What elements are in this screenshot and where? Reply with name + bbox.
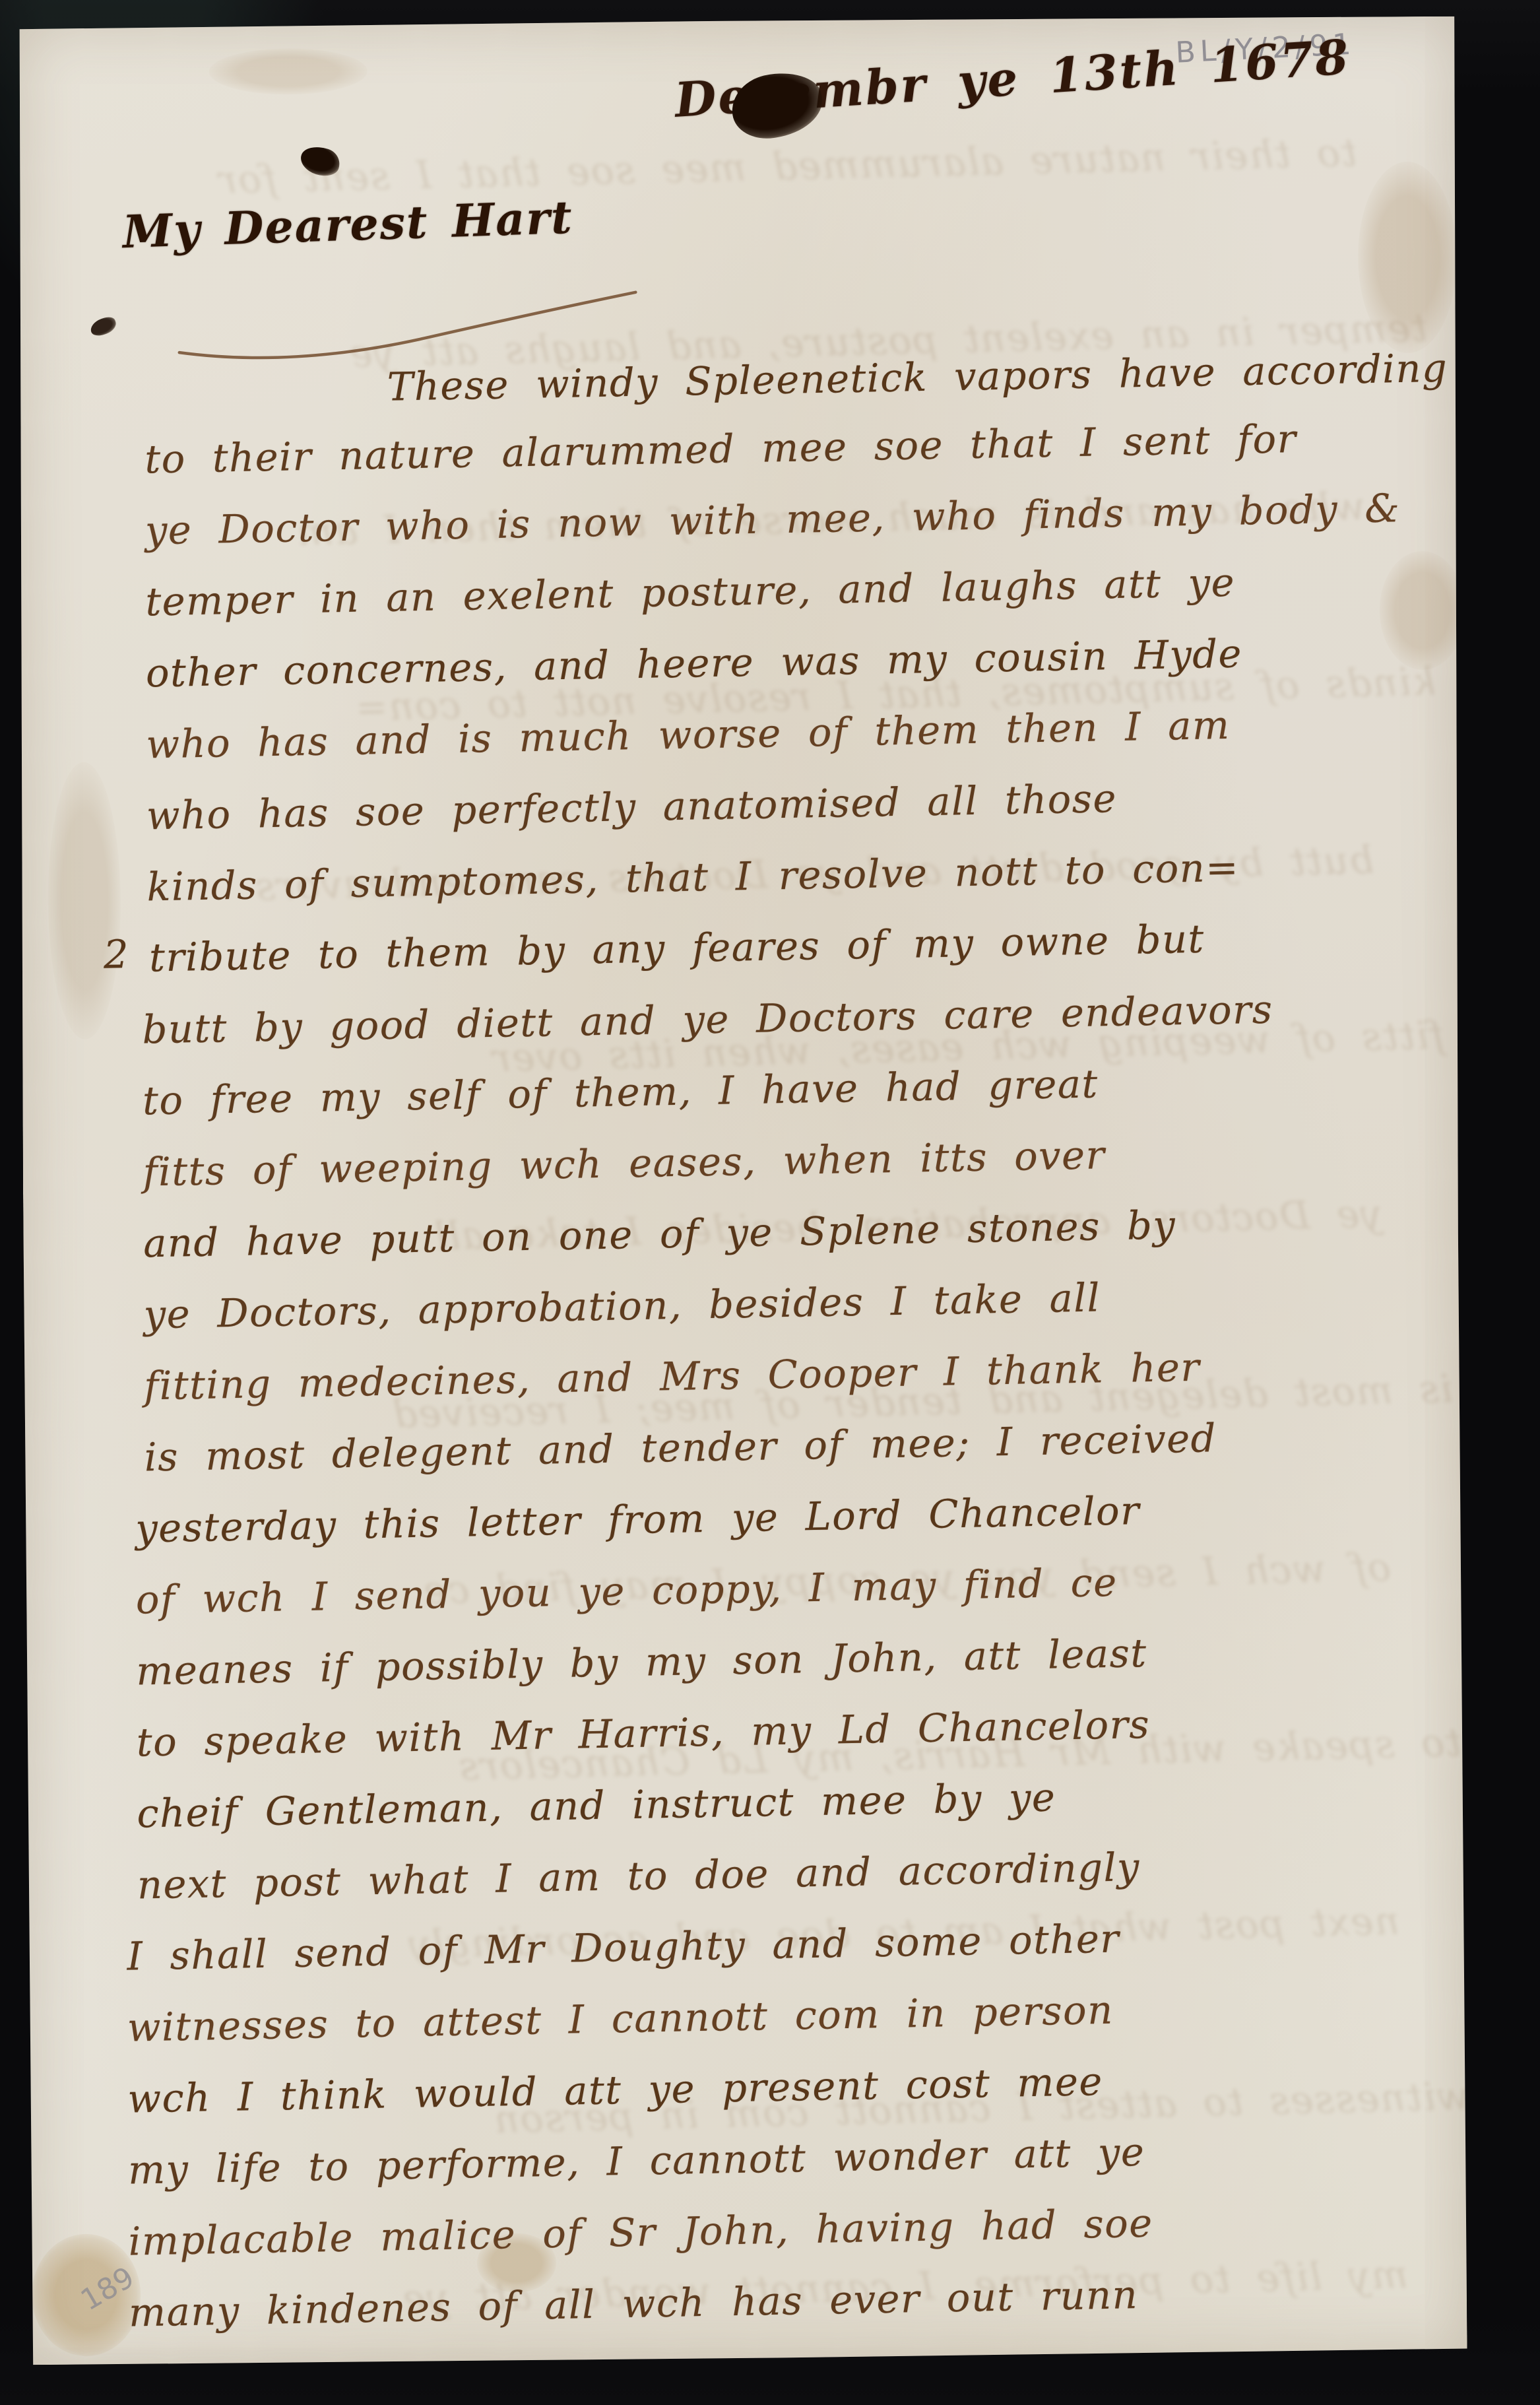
ink-blot [88, 315, 119, 339]
letter-line-text: tribute to them by any feares of my owne… [149, 916, 1205, 981]
margin-mark: 2 [103, 919, 130, 991]
ink-blot [297, 142, 343, 180]
paper-stain [209, 48, 368, 95]
salutation: My Dearest Hart [122, 191, 574, 259]
scan-mount: to their nature alarummed mee soe that I… [0, 0, 1540, 2405]
letter-body: These windy Spleenetick vapors have acco… [97, 346, 1467, 2348]
letter-page: to their nature alarummed mee soe that I… [17, 16, 1467, 2365]
paper-stain [1357, 162, 1457, 354]
